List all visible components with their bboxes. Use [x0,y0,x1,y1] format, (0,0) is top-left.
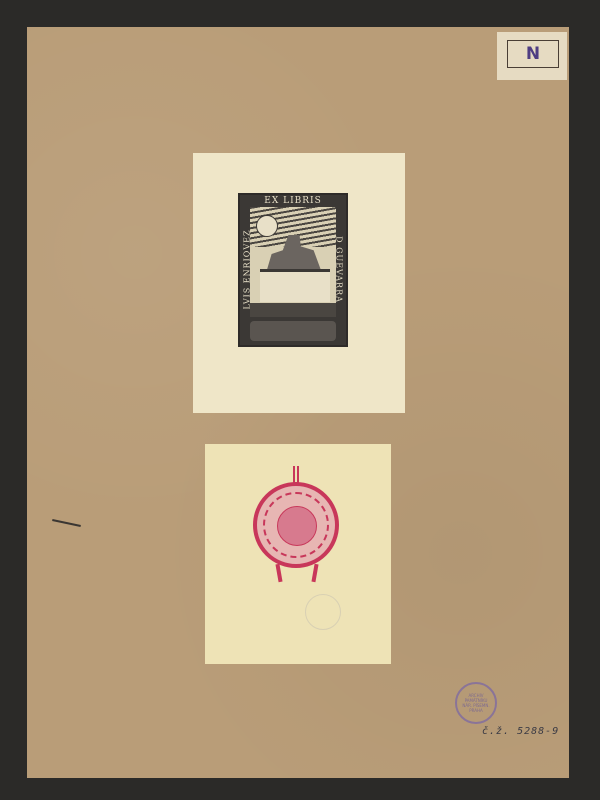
shelf-mark: č.ž. 5288-9 [482,726,559,737]
moon-icon [256,215,278,237]
seal-cord-right [311,564,318,582]
seal-cord-left [275,564,282,582]
seal-rider-emblem [277,506,317,546]
stamp-line: PRAHA [469,708,483,713]
faint-stamp-ghost [305,594,341,630]
label-letter: N [526,44,540,64]
corner-label: N [497,32,567,80]
label-frame: N [507,40,559,68]
bookplate-top-text: EX LIBRIS [240,195,346,207]
palette-and-book-icon [250,321,336,341]
library-stamp: ARCHIV PAMÁTNÍKU NÁR. PÍSEMN. PRAHA [455,682,497,724]
ground [250,303,336,317]
house-icon [260,269,330,302]
castle-scene [250,207,336,317]
mounting-board: N EX LIBRIS LVIS ENRIQVEZ D GUEVARRA [27,27,569,778]
bookplate-card: EX LIBRIS LVIS ENRIQVEZ D GUEVARRA [193,153,405,413]
woodcut-bookplate: EX LIBRIS LVIS ENRIQVEZ D GUEVARRA [238,193,348,347]
wax-seal-icon [253,482,339,568]
seal-card [205,444,391,664]
pencil-mark [52,519,81,527]
